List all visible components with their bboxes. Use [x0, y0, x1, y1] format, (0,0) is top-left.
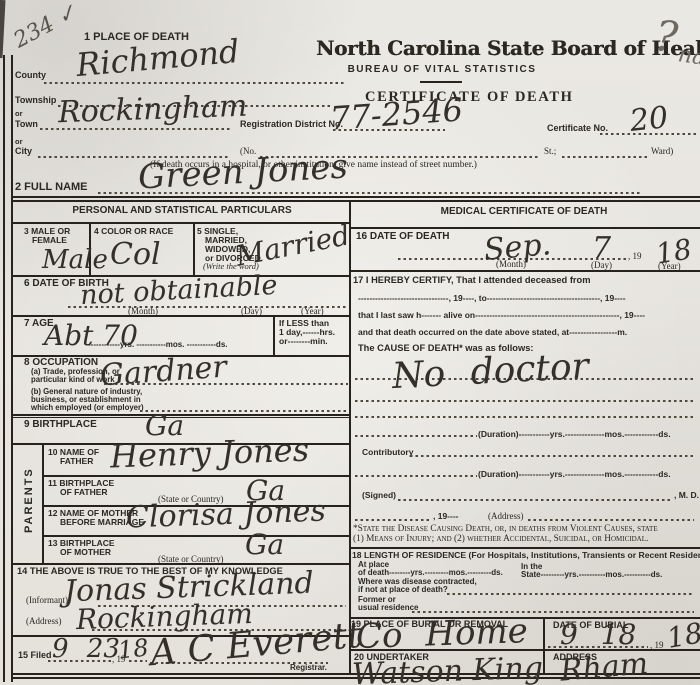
registrar-caption: Registrar. — [290, 664, 327, 672]
parents-strip-divider — [42, 443, 44, 563]
md-label: , M. D. — [674, 491, 699, 500]
father-birthplace-label: 11 BIRTHPLACEOF FATHER — [48, 479, 114, 497]
county-label: County — [15, 71, 46, 80]
dotted-line — [410, 455, 695, 457]
bureau-subtitle: BUREAU OF VITAL STATISTICS — [332, 65, 552, 76]
dotted-line — [355, 435, 477, 437]
rule — [42, 535, 350, 537]
full-name-value: Green Jones — [137, 150, 348, 195]
residence-at-place: At placeof death--------yrs.---------mos… — [358, 561, 503, 578]
cause-of-death-value: No doctor — [391, 349, 589, 395]
filed-date-value: 9 23 — [52, 636, 120, 662]
rule — [42, 475, 350, 477]
burial-date-value: 9 18 — [560, 621, 636, 649]
rule — [13, 315, 350, 317]
pencil-question-mark: ? — [653, 15, 680, 59]
burial-place-value: Co Home — [355, 614, 528, 654]
footnote-line-2: (1) Means of Injury; and (2) whether Acc… — [353, 535, 648, 545]
burial-year-value: 18 — [665, 619, 700, 653]
dotted-line — [562, 156, 648, 158]
residence-label: 18 LENGTH OF RESIDENCE (For Hospitals, I… — [352, 551, 700, 560]
pencil-na-note: na — [677, 44, 700, 70]
ward-label: Ward) — [651, 147, 673, 156]
death-certificate-scan: 234 ✓ ? na 1 PLACE OF DEATH County Richm… — [0, 0, 700, 685]
mother-birthplace-label: 13 BIRTHPLACEOF MOTHER — [48, 539, 115, 557]
parents-vertical-label: PARENTS — [24, 473, 38, 533]
city-label: City — [15, 147, 32, 156]
certify-line-1: --------------------------------, 19----… — [358, 294, 626, 303]
registration-district-value: 77-2546 — [329, 93, 464, 134]
informant-address-caption: (Address) — [26, 617, 62, 626]
pencil-corner-note: 234 ✓ — [11, 1, 81, 52]
filed-year-value: 18 — [117, 635, 150, 662]
double-rule-top — [13, 200, 700, 202]
sex-value: Male — [42, 247, 108, 273]
or-city-label: or — [15, 138, 23, 146]
residence-former: Former orusual residence — [358, 596, 418, 613]
father-name-value: Henry Jones — [110, 434, 310, 473]
dotted-line — [355, 416, 695, 418]
occupation-b-label: (b) General nature of industry,business,… — [31, 388, 144, 413]
rule — [13, 222, 350, 224]
age-value: Abt 70 — [44, 322, 138, 350]
mother-name-value: Clorisa Jones — [126, 497, 327, 534]
duration-line-1: (Duration)-----------yrs.--------------m… — [478, 430, 671, 439]
certify-line-2: that I last saw h------- alive on-------… — [358, 311, 645, 320]
dotted-line — [355, 400, 695, 402]
scan-border-outer — [3, 55, 5, 682]
township-label: Township — [15, 96, 56, 105]
father-name-label: 10 NAME OFFATHER — [48, 448, 99, 466]
certify-line-3: and that death occurred on the date abov… — [358, 328, 627, 337]
occupation-value: Gardner — [99, 353, 228, 392]
contributory-label: Contributory — [362, 448, 413, 457]
street-label: St.; — [544, 147, 556, 156]
org-title: North Carolina State Board of Health — [316, 38, 606, 59]
scan-edge-mark — [0, 0, 6, 58]
rule — [350, 270, 700, 272]
date-of-death-label: 16 DATE OF DEATH — [356, 232, 450, 243]
informant-caption: (Informant) — [26, 596, 68, 605]
or-town-label: or — [15, 110, 23, 118]
cell-divider — [543, 617, 545, 674]
address-caption: (Address) — [488, 512, 524, 521]
filed-label: 15 Filed — [18, 651, 52, 660]
rule — [13, 563, 350, 565]
double-rule-top — [13, 196, 700, 198]
town-label: Town — [15, 120, 38, 129]
date-of-birth-value: not obtainable — [79, 272, 278, 309]
signed-label: (Signed) — [362, 491, 396, 500]
birthplace-label: 9 BIRTHPLACE — [24, 420, 97, 431]
dotted-line — [398, 499, 672, 501]
mother-birthplace-value: Ga — [245, 531, 284, 559]
certificate-no-value: 20 — [629, 103, 670, 137]
dod-19-caption: , 19 — [628, 252, 642, 261]
signed-19-caption: , 19---- — [433, 512, 459, 521]
dotted-line — [355, 475, 477, 477]
less-than-label: If LESS than1 day,------hrs.or--------mi… — [279, 319, 335, 346]
date-of-death-day: 7 — [592, 234, 611, 264]
dotted-line — [528, 519, 694, 521]
date-of-death-month: Sep. — [483, 230, 552, 266]
race-label: 4 COLOR OR RACE — [94, 227, 173, 236]
cell-divider — [273, 315, 275, 355]
residence-in-state: In theState---------yrs.----------mos.--… — [521, 563, 662, 580]
certificate-no-label: Certificate No. — [547, 124, 608, 133]
date-of-death-year: 18 — [654, 235, 694, 268]
sex-label: 3 MALE ORFEMALE — [24, 227, 70, 245]
dotted-line — [355, 519, 431, 521]
undertaker-address-value: Rham — [559, 649, 650, 685]
race-value: Col — [110, 240, 161, 270]
full-name-label: 2 FULL NAME — [15, 182, 88, 194]
cell-divider — [193, 222, 195, 275]
dotted-line — [447, 593, 694, 595]
undertaker-value: Watson King — [352, 654, 544, 685]
certify-label: 17 I HEREBY CERTIFY, That I attended dec… — [353, 276, 590, 286]
medical-section-title: MEDICAL CERTIFICATE OF DEATH — [350, 207, 698, 218]
rule — [350, 547, 700, 549]
town-value: Rockingham — [58, 92, 248, 129]
header-short-rule — [420, 81, 462, 83]
scan-border-inner — [11, 55, 13, 682]
registration-district-label: Registration District No. — [240, 120, 343, 129]
duration-line-2: (Duration)-----------yrs.--------------m… — [478, 470, 671, 479]
personal-section-title: PERSONAL AND STATISTICAL PARTICULARS — [15, 206, 349, 217]
